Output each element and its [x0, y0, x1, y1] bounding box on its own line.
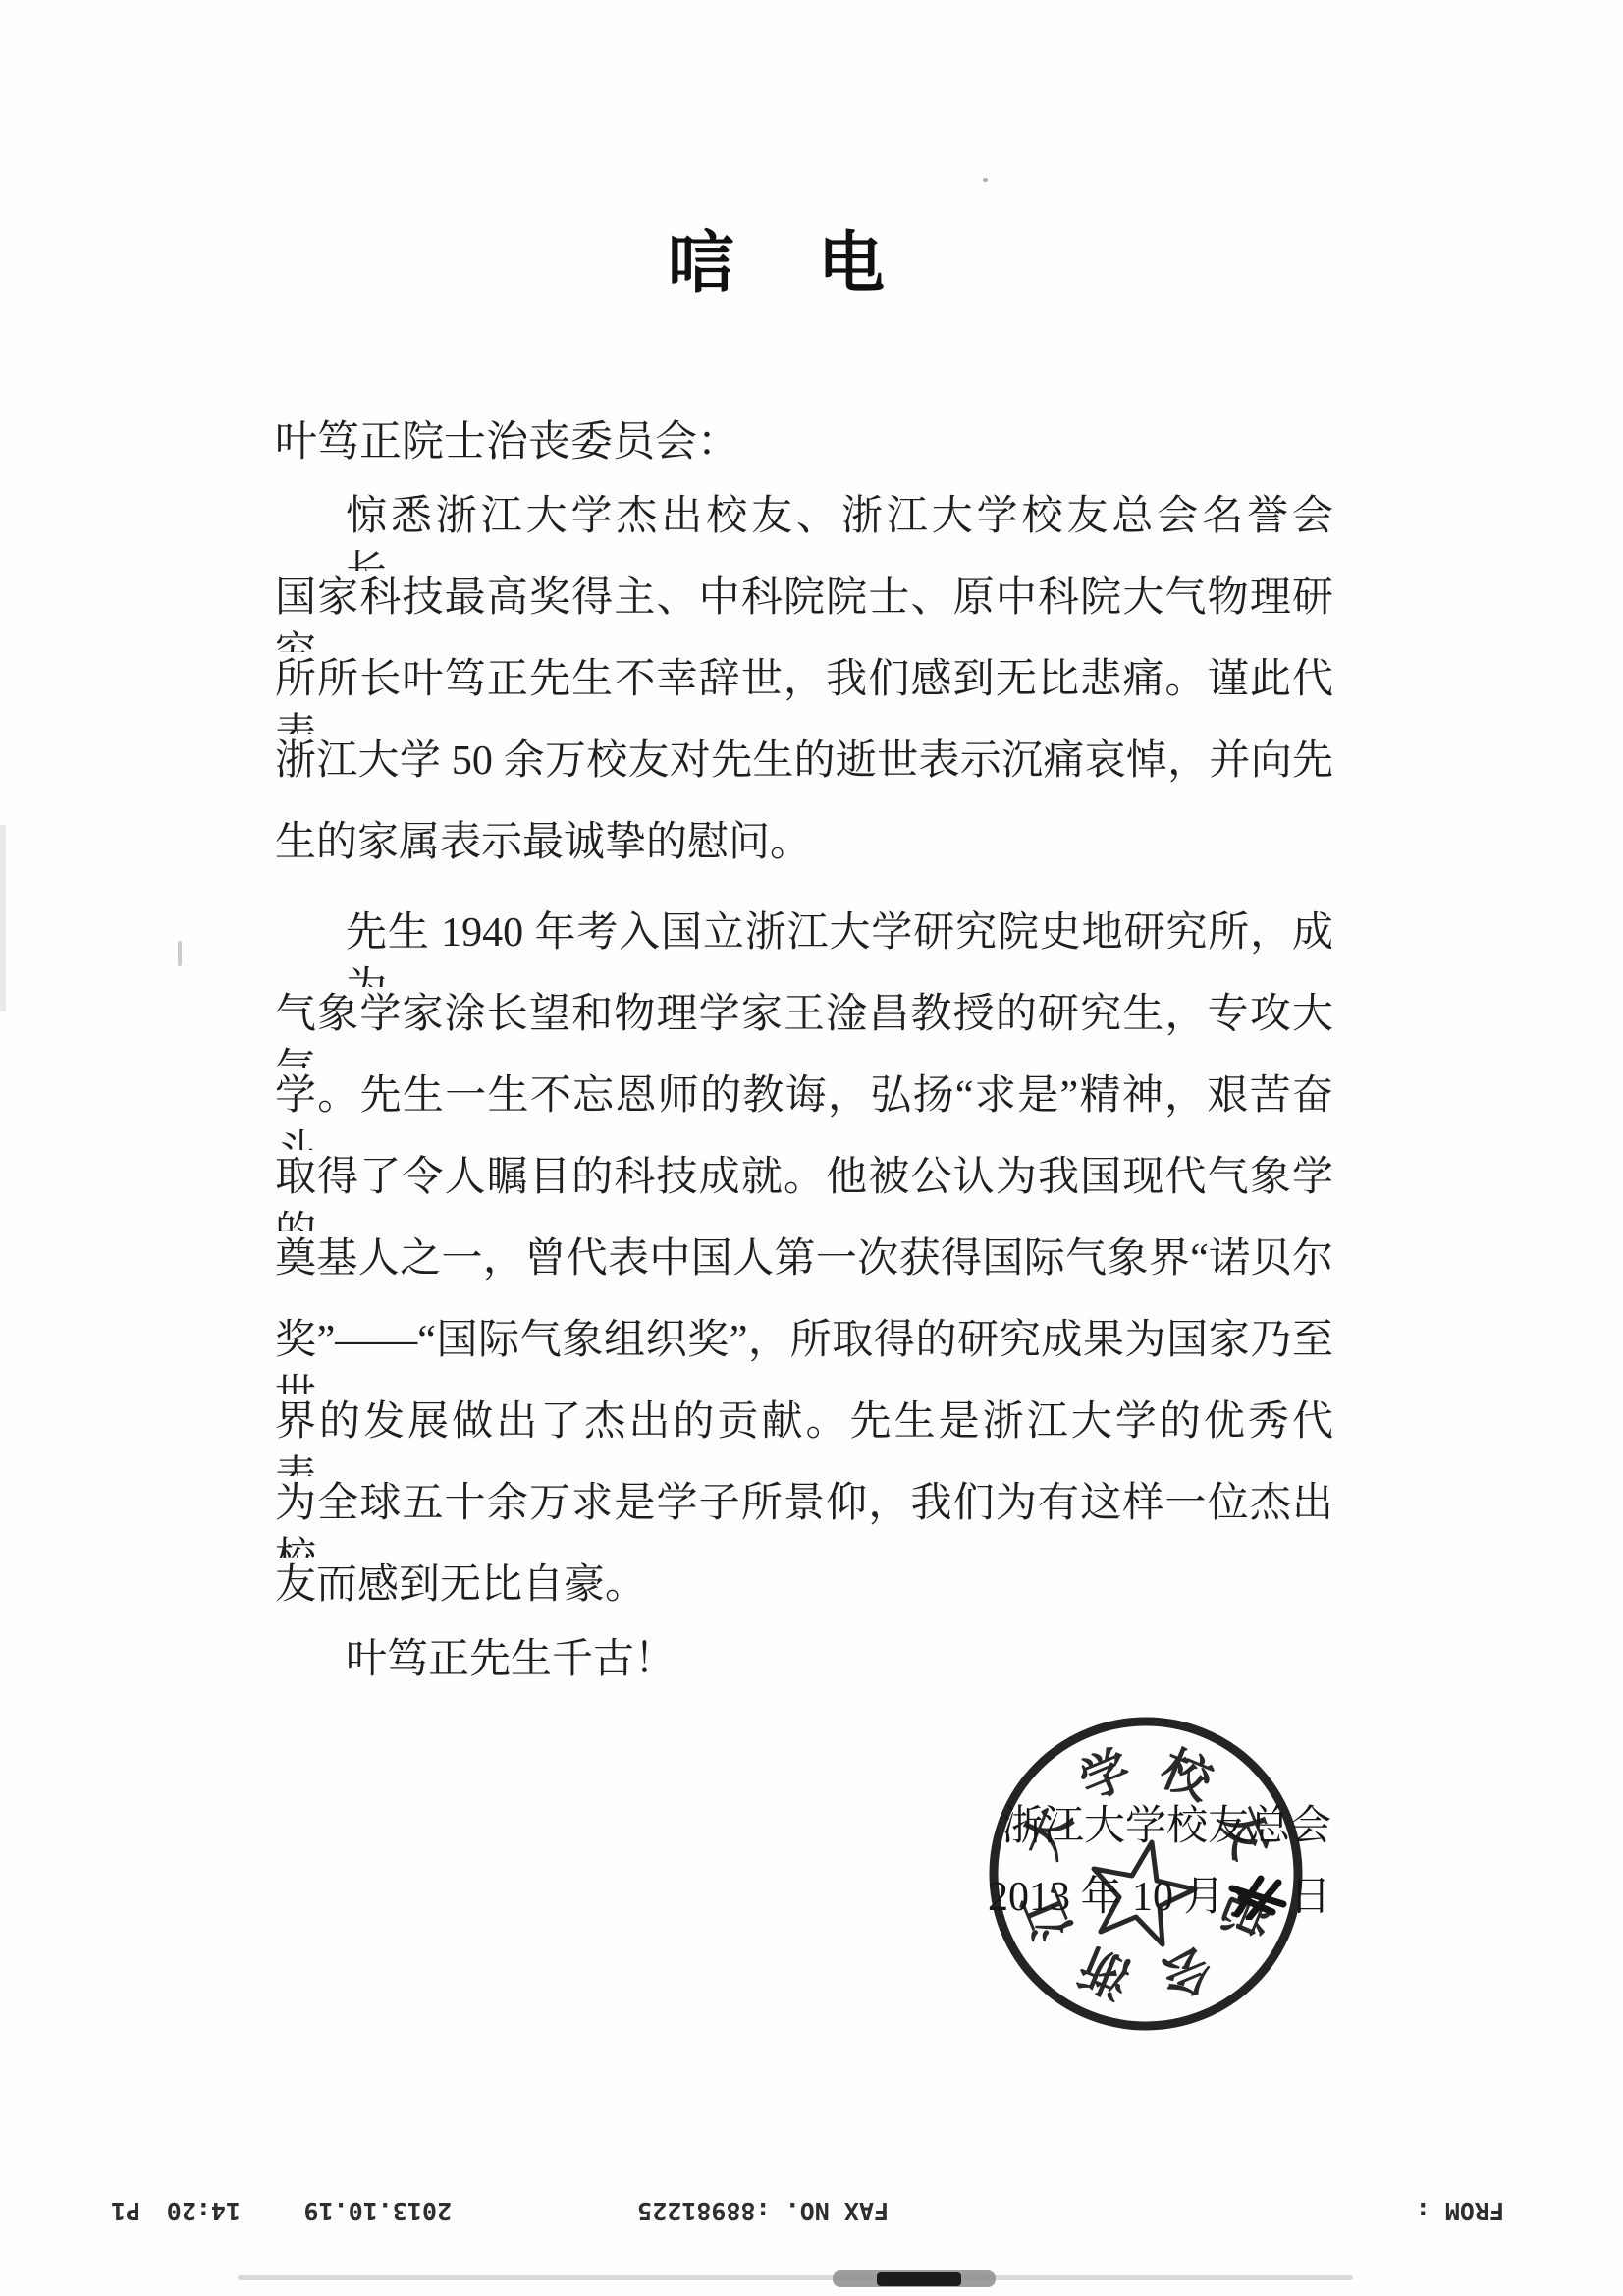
body-line: 为全球五十余万求是学子所景仰，我们为有这样一位杰出校 [275, 1476, 1333, 1558]
body-line: 界的发展做出了杰出的贡献。先生是浙江大学的优秀代表， [275, 1394, 1333, 1476]
body-line: 浙江大学 50 余万校友对先生的逝世表示沉痛哀悼，并向先 [275, 734, 1333, 815]
body-line: 取得了令人瞩目的科技成就。他被公认为我国现代气象学的 [275, 1150, 1333, 1231]
date-suffix: 日 [1290, 1875, 1331, 1920]
body-line: 气象学家涂长望和物理学家王淦昌教授的研究生，专攻大气 [275, 987, 1333, 1068]
fax-from-label: FROM : [1416, 2196, 1504, 2225]
salutation-line: 叶笃正院士治丧委员会： [275, 409, 1333, 468]
fax-header-strip: FROM : FAX NO. :88981225 2013.10.19 14:2… [0, 2196, 1623, 2225]
letter-body: 惊悉浙江大学杰出校友、浙江大学校友总会名誉会长、 国家科技最高奖得主、中科院院士… [275, 489, 1333, 1639]
fax-number: FAX NO. :88981225 [637, 2196, 889, 2225]
body-line: 学。先生一生不忘恩师的教诲，弘扬“求是”精神，艰苦奋斗， [275, 1068, 1333, 1150]
date-prefix: 2013 年 10 月 [988, 1875, 1225, 1920]
letter-title: 唁 电 [0, 210, 1589, 305]
obscured-day-smudge [1227, 1873, 1288, 1920]
scan-edge-shade [0, 825, 6, 1011]
scan-smear-dark [877, 2272, 961, 2286]
body-line: 奠基人之一，曾代表中国人第一次获得国际气象界“诺贝尔 [275, 1231, 1333, 1313]
body-line: 国家科技最高奖得主、中科院院士、原中科院大气物理研究 [275, 571, 1333, 652]
body-line: 惊悉浙江大学杰出校友、浙江大学校友总会名誉会长、 [275, 489, 1333, 571]
scan-speck [178, 941, 182, 966]
fax-date: 2013.10.19 [303, 2196, 452, 2225]
signature-line: 浙江大学校友总会 [1001, 1793, 1331, 1852]
closing-line: 叶笃正先生千古！ [346, 1626, 676, 1685]
body-line: 所所长叶笃正先生不幸辞世，我们感到无比悲痛。谨此代表 [275, 652, 1333, 734]
fax-time: 14:20 [167, 2196, 241, 2225]
date-line: 2013 年 10 月 日 [988, 1864, 1331, 1923]
scan-streak [238, 2275, 1353, 2280]
body-line: 奖”——“国际气象组织奖”，所取得的研究成果为国家乃至世 [275, 1313, 1333, 1394]
body-line: 生的家属表示最诚挚的慰问。 [275, 815, 1333, 897]
body-line: 先生 1940 年考入国立浙江大学研究院史地研究所，成为 [275, 905, 1333, 987]
scan-speck [983, 178, 988, 182]
fax-page-number: P1 [111, 2196, 140, 2225]
